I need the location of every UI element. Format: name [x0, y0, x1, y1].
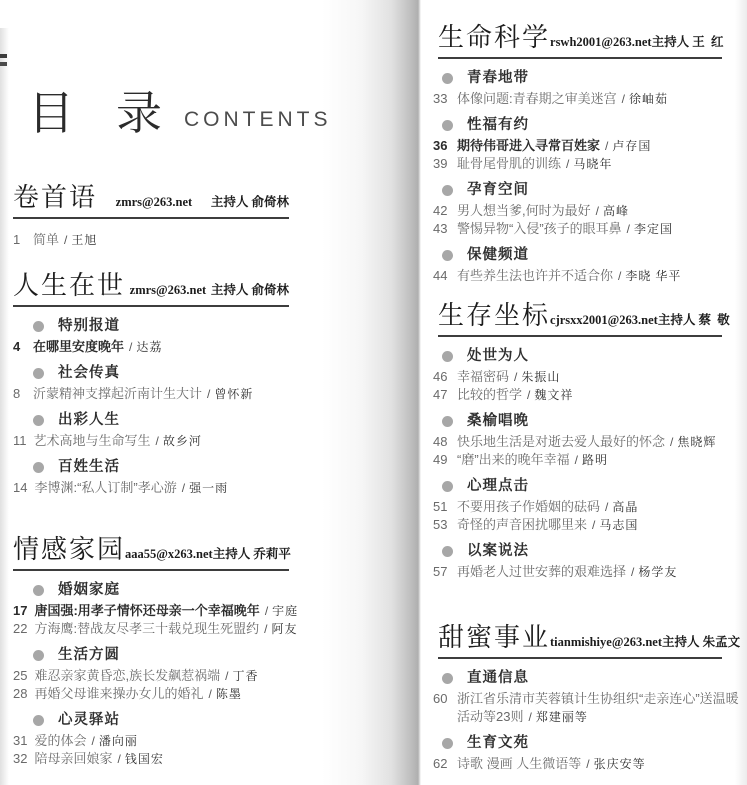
page-edge-mark	[0, 54, 7, 58]
toc-entry: 33体像问题:青春期之审美迷宫/徐岫茹	[433, 90, 731, 108]
category-group: 处世为人46幸福密码/朱振山47比较的哲学/魏文祥	[433, 349, 731, 404]
category-label: 处世为人	[467, 349, 529, 364]
category-bullet-icon	[442, 73, 453, 84]
entry-title: 体像问题:青春期之审美迷宫	[457, 91, 617, 106]
category-group: 以案说法57再婚老人过世安葬的艰难选择/杨学友	[433, 544, 731, 581]
entry-separator: /	[670, 435, 673, 449]
category-label: 生育文苑	[467, 736, 529, 751]
entry-page-number: 22	[13, 620, 27, 638]
toc-entry: 25难忍亲家黄昏恋,族长发飙惹祸端/丁香	[13, 667, 309, 685]
section-卷首语: 卷首语zmrs@263.net主持人 俞倚林1简单/王旭	[13, 184, 309, 249]
category-group: 1简单/王旭	[13, 231, 309, 249]
category-label: 性福有约	[467, 118, 529, 133]
category-row: 百姓生活	[13, 460, 309, 475]
entry-separator: /	[627, 222, 630, 236]
entry-page-number: 25	[13, 667, 27, 685]
section-header: 卷首语zmrs@263.net主持人 俞倚林	[13, 184, 289, 219]
category-row: 直通信息	[433, 671, 731, 686]
section-title: 卷首语	[13, 184, 97, 211]
page-right-edge-shadow	[735, 0, 747, 785]
category-label: 桑榆唱晚	[467, 414, 529, 429]
entry-authors: 钱国宏	[125, 752, 164, 766]
category-label: 保健频道	[467, 248, 529, 263]
entry-separator: /	[631, 565, 634, 579]
entry-authors: 达荔	[136, 340, 162, 354]
section-host: 主持人 朱孟文	[662, 632, 740, 650]
toc-entry: 14李博渊:“私人订制”孝心游/强一雨	[13, 479, 309, 497]
host-label: 主持人	[211, 283, 252, 297]
toc-entry: 8沂蒙精神支撑起沂南计生大计/曾怀新	[13, 385, 309, 403]
toc-entry: 48快乐地生活是对逝去爱人最好的怀念/焦晓辉	[433, 433, 731, 451]
category-label: 直通信息	[467, 671, 529, 686]
entry-authors: 丁香	[232, 669, 258, 683]
entry-page-number: 1	[13, 231, 26, 249]
section-生存坐标: 生存坐标cjrsxx2001@263.net主持人 蔡 敬处世为人46幸福密码/…	[433, 302, 731, 581]
entry-separator: /	[64, 233, 67, 247]
entry-authors: 焦晓辉	[677, 435, 716, 449]
host-name: 蔡 敬	[698, 313, 729, 327]
section-host: 主持人 俞倚林	[211, 280, 289, 298]
category-row: 社会传真	[13, 366, 309, 381]
entry-separator: /	[592, 518, 595, 532]
category-label: 社会传真	[58, 366, 120, 381]
section-title: 情感家园	[13, 536, 125, 563]
category-label: 婚姻家庭	[58, 583, 120, 598]
entry-authors: 魏文祥	[534, 388, 573, 402]
entry-authors: 李晓 华平	[625, 269, 681, 283]
category-label: 生活方圆	[58, 648, 120, 663]
section-email: tianmishiye@263.net	[550, 635, 662, 650]
entry-authors: 高峰	[603, 204, 629, 218]
section-host: 主持人 俞倚林	[211, 192, 289, 210]
magazine-contents-page: 目 录 CONTENTS 卷首语zmrs@263.net主持人 俞倚林1简单/王…	[0, 0, 747, 785]
entry-page-number: 14	[13, 479, 27, 497]
category-row: 桑榆唱晚	[433, 414, 731, 429]
entry-authors: 强一雨	[189, 481, 228, 495]
entry-page-number: 51	[433, 498, 451, 516]
section-header: 生命科学rswh2001@263.net主持人 王 红	[438, 24, 722, 59]
entry-authors: 张庆安等	[594, 757, 646, 771]
category-bullet-icon	[33, 650, 44, 661]
category-bullet-icon	[33, 321, 44, 332]
toc-entry: 1简单/王旭	[13, 231, 309, 249]
section-host: 主持人 蔡 敬	[658, 310, 730, 328]
entry-page-number: 4	[13, 338, 26, 356]
section-甜蜜事业: 甜蜜事业tianmishiye@263.net主持人 朱孟文直通信息60浙江省乐…	[433, 624, 731, 773]
category-group: 特别报道4在哪里安度晚年/达荔	[13, 319, 309, 356]
section-情感家园: 情感家园aaa55@x263.net主持人 乔莉平婚姻家庭17唐国强:用孝子情怀…	[13, 536, 309, 768]
toc-entry: 47比较的哲学/魏文祥	[433, 386, 731, 404]
category-group: 生活方圆25难忍亲家黄昏恋,族长发飙惹祸端/丁香28再婚父母谁来操办女儿的婚礼/…	[13, 648, 309, 703]
category-bullet-icon	[33, 462, 44, 473]
entry-separator: /	[528, 710, 531, 724]
host-name: 王 红	[692, 35, 723, 49]
category-label: 特别报道	[58, 319, 120, 334]
entry-separator: /	[265, 604, 268, 618]
section-header: 甜蜜事业tianmishiye@263.net主持人 朱孟文	[438, 624, 722, 659]
toc-entry: 46幸福密码/朱振山	[433, 368, 731, 386]
section-host: 主持人 王 红	[652, 32, 724, 50]
category-group: 心理点击51不要用孩子作婚姻的砝码/高晶53奇怪的声音困扰哪里来/马志国	[433, 479, 731, 534]
section-title: 甜蜜事业	[438, 624, 550, 651]
toc-entry: 57再婚老人过世安葬的艰难选择/杨学友	[433, 563, 731, 581]
toc-entry: 11艺术高地与生命写生/故乡河	[13, 432, 309, 450]
entry-authors: 朱振山	[521, 370, 560, 384]
entry-title: 再婚父母谁来操办女儿的婚礼	[34, 686, 203, 701]
entry-page-number: 11	[13, 432, 27, 450]
host-name: 朱孟文	[703, 635, 741, 649]
entry-page-number: 31	[13, 732, 27, 750]
entry-separator: /	[527, 388, 530, 402]
category-group: 孕育空间42男人想当爹,何时为最好/高峰43警惕异物“入侵”孩子的眼耳鼻/李定国	[433, 183, 731, 238]
entry-authors: 路明	[582, 453, 608, 467]
entry-title: 爱的体会	[34, 733, 86, 748]
entry-page-number: 62	[433, 755, 451, 773]
toc-entry: 43警惕异物“入侵”孩子的眼耳鼻/李定国	[433, 220, 731, 238]
entry-separator: /	[566, 157, 569, 171]
entry-authors: 宇庭	[272, 604, 298, 618]
entry-separator: /	[605, 500, 608, 514]
entry-title: 诗歌 漫画 人生微语等	[457, 756, 581, 771]
entry-separator: /	[91, 734, 94, 748]
category-row: 生活方圆	[13, 648, 309, 663]
entry-page-number: 44	[433, 267, 451, 285]
host-label: 主持人	[213, 547, 254, 561]
category-bullet-icon	[442, 250, 453, 261]
entry-title: 快乐地生活是对逝去爱人最好的怀念	[457, 434, 665, 449]
entry-title: 有些养生法也许并不适合你	[457, 268, 613, 283]
category-bullet-icon	[442, 351, 453, 362]
entry-page-number: 32	[13, 750, 27, 768]
toc-entry: 49“磨”出来的晚年幸福/路明	[433, 451, 731, 469]
host-label: 主持人	[652, 35, 693, 49]
category-label: 心灵驿站	[58, 713, 120, 728]
category-row: 特别报道	[13, 319, 309, 334]
category-bullet-icon	[442, 416, 453, 427]
entry-title: 男人想当爹,何时为最好	[457, 203, 591, 218]
category-group: 保健频道44有些养生法也许并不适合你/李晓 华平	[433, 248, 731, 285]
entry-title: 李博渊:“私人订制”孝心游	[34, 480, 176, 495]
category-row: 心理点击	[433, 479, 731, 494]
entry-page-number: 43	[433, 220, 451, 238]
entry-page-number: 48	[433, 433, 451, 451]
host-name: 俞倚林	[251, 283, 289, 297]
category-label: 以案说法	[467, 544, 529, 559]
host-name: 乔莉平	[253, 547, 291, 561]
entry-title: 警惕异物“入侵”孩子的眼耳鼻	[457, 221, 622, 236]
toc-entry: 31爱的体会/潘向丽	[13, 732, 309, 750]
host-label: 主持人	[662, 635, 703, 649]
section-title: 生命科学	[438, 24, 550, 51]
entry-page-number: 46	[433, 368, 451, 386]
section-email: zmrs@263.net	[116, 195, 193, 210]
left-column: 卷首语zmrs@263.net主持人 俞倚林1简单/王旭人生在世zmrs@263…	[13, 0, 309, 785]
entry-separator: /	[596, 204, 599, 218]
right-column: 生命科学rswh2001@263.net主持人 王 红青春地带33体像问题:青春…	[433, 0, 731, 785]
toc-entry: 22方海鹰:替战友尽孝三十载兑现生死盟约/阿友	[13, 620, 309, 638]
host-name: 俞倚林	[251, 195, 289, 209]
category-group: 出彩人生11艺术高地与生命写生/故乡河	[13, 413, 309, 450]
toc-entry: 42男人想当爹,何时为最好/高峰	[433, 202, 731, 220]
section-生命科学: 生命科学rswh2001@263.net主持人 王 红青春地带33体像问题:青春…	[433, 24, 731, 285]
entry-title: 幸福密码	[457, 369, 509, 384]
entry-title: “磨”出来的晚年幸福	[457, 452, 570, 467]
category-bullet-icon	[33, 715, 44, 726]
toc-entry: 51不要用孩子作婚姻的砝码/高晶	[433, 498, 731, 516]
section-email: zmrs@263.net	[130, 283, 207, 298]
section-人生在世: 人生在世zmrs@263.net主持人 俞倚林特别报道4在哪里安度晚年/达荔社会…	[13, 272, 309, 497]
category-group: 社会传真8沂蒙精神支撑起沂南计生大计/曾怀新	[13, 366, 309, 403]
entry-separator: /	[264, 622, 267, 636]
entry-title: 陪母亲回娘家	[34, 751, 112, 766]
entry-page-number: 42	[433, 202, 451, 220]
entry-title: 再婚老人过世安葬的艰难选择	[457, 564, 626, 579]
category-row: 青春地带	[433, 71, 731, 86]
entry-authors: 徐岫茹	[629, 92, 668, 106]
category-row: 孕育空间	[433, 183, 731, 198]
category-label: 百姓生活	[58, 460, 120, 475]
entry-title: 简单	[33, 232, 59, 247]
category-bullet-icon	[33, 585, 44, 596]
category-label: 孕育空间	[467, 183, 529, 198]
entry-authors: 卢存国	[612, 139, 651, 153]
entry-separator: /	[182, 481, 185, 495]
entry-authors: 李定国	[634, 222, 673, 236]
category-group: 生育文苑62诗歌 漫画 人生微语等/张庆安等	[433, 736, 731, 773]
entry-page-number: 53	[433, 516, 451, 534]
entry-authors: 郑建丽等	[536, 710, 588, 724]
category-row: 处世为人	[433, 349, 731, 364]
toc-entry: 4在哪里安度晚年/达荔	[13, 338, 309, 356]
section-email: rswh2001@263.net	[550, 35, 652, 50]
category-row: 保健频道	[433, 248, 731, 263]
category-group: 心灵驿站31爱的体会/潘向丽32陪母亲回娘家/钱国宏	[13, 713, 309, 768]
entry-page-number: 49	[433, 451, 451, 469]
section-title: 生存坐标	[438, 302, 550, 329]
entry-authors: 故乡河	[163, 434, 202, 448]
entry-authors: 马志国	[599, 518, 638, 532]
entry-separator: /	[605, 139, 608, 153]
entry-page-number: 47	[433, 386, 451, 404]
entry-authors: 陈墨	[216, 687, 242, 701]
category-group: 桑榆唱晚48快乐地生活是对逝去爱人最好的怀念/焦晓辉49“磨”出来的晚年幸福/路…	[433, 414, 731, 469]
category-row: 生育文苑	[433, 736, 731, 751]
toc-entry: 36期待伟哥进入寻常百姓家/卢存国	[433, 137, 731, 155]
toc-entry: 39耻骨尾骨肌的训练/马晓年	[433, 155, 731, 173]
category-bullet-icon	[442, 481, 453, 492]
entry-separator: /	[622, 92, 625, 106]
entry-page-number: 33	[433, 90, 451, 108]
section-header: 人生在世zmrs@263.net主持人 俞倚林	[13, 272, 289, 307]
category-bullet-icon	[33, 415, 44, 426]
entry-title: 奇怪的声音困扰哪里来	[457, 517, 587, 532]
toc-entry: 32陪母亲回娘家/钱国宏	[13, 750, 309, 768]
category-bullet-icon	[442, 185, 453, 196]
toc-entry: 60浙江省乐清市芙蓉镇计生协组织“走亲连心”送温暖活动等23则/郑建丽等	[433, 690, 747, 726]
entry-authors: 王旭	[71, 233, 97, 247]
category-row: 心灵驿站	[13, 713, 309, 728]
category-label: 心理点击	[467, 479, 529, 494]
entry-page-number: 57	[433, 563, 451, 581]
category-row: 以案说法	[433, 544, 731, 559]
entry-page-number: 17	[13, 602, 27, 620]
category-row: 婚姻家庭	[13, 583, 309, 598]
page-gutter-shadow	[322, 0, 421, 785]
category-label: 青春地带	[467, 71, 529, 86]
entry-authors: 曾怀新	[214, 387, 253, 401]
entry-authors: 潘向丽	[99, 734, 138, 748]
entry-title: 浙江省乐清市芙蓉镇计生协组织“走亲连心”送温暖活动等23则	[457, 691, 739, 724]
category-group: 性福有约36期待伟哥进入寻常百姓家/卢存国39耻骨尾骨肌的训练/马晓年	[433, 118, 731, 173]
entry-separator: /	[586, 757, 589, 771]
toc-entry: 44有些养生法也许并不适合你/李晓 华平	[433, 267, 731, 285]
entry-separator: /	[575, 453, 578, 467]
category-group: 青春地带33体像问题:青春期之审美迷宫/徐岫茹	[433, 71, 731, 108]
entry-authors: 马晓年	[573, 157, 612, 171]
section-host: 主持人 乔莉平	[213, 544, 291, 562]
entry-separator: /	[208, 687, 211, 701]
section-email: aaa55@x263.net	[125, 547, 213, 562]
host-label: 主持人	[211, 195, 252, 209]
entry-title: 期待伟哥进入寻常百姓家	[457, 138, 600, 153]
entry-page-number: 39	[433, 155, 451, 173]
entry-title: 难忍亲家黄昏恋,族长发飙惹祸端	[34, 668, 220, 683]
entry-title: 沂蒙精神支撑起沂南计生大计	[33, 386, 202, 401]
category-row: 出彩人生	[13, 413, 309, 428]
page-left-edge-shadow	[0, 28, 9, 785]
host-label: 主持人	[658, 313, 699, 327]
category-group: 直通信息60浙江省乐清市芙蓉镇计生协组织“走亲连心”送温暖活动等23则/郑建丽等	[433, 671, 731, 726]
entry-page-number: 28	[13, 685, 27, 703]
entry-authors: 杨学友	[638, 565, 677, 579]
category-bullet-icon	[442, 120, 453, 131]
section-email: cjrsxx2001@263.net	[550, 313, 658, 328]
toc-entry: 28再婚父母谁来操办女儿的婚礼/陈墨	[13, 685, 309, 703]
entry-page-number: 8	[13, 385, 26, 403]
category-bullet-icon	[442, 673, 453, 684]
entry-page-number: 36	[433, 137, 451, 155]
entry-title: 不要用孩子作婚姻的砝码	[457, 499, 600, 514]
section-title: 人生在世	[13, 272, 125, 299]
category-row: 性福有约	[433, 118, 731, 133]
entry-separator: /	[225, 669, 228, 683]
toc-entry: 62诗歌 漫画 人生微语等/张庆安等	[433, 755, 731, 773]
category-bullet-icon	[442, 546, 453, 557]
entry-page-number: 60	[433, 690, 451, 708]
entry-title: 比较的哲学	[457, 387, 522, 402]
category-bullet-icon	[33, 368, 44, 379]
entry-separator: /	[129, 340, 132, 354]
entry-title: 方海鹰:替战友尽孝三十载兑现生死盟约	[34, 621, 259, 636]
category-label: 出彩人生	[58, 413, 120, 428]
entry-separator: /	[156, 434, 159, 448]
entry-title: 艺术高地与生命写生	[34, 433, 151, 448]
category-group: 百姓生活14李博渊:“私人订制”孝心游/强一雨	[13, 460, 309, 497]
entry-title: 耻骨尾骨肌的训练	[457, 156, 561, 171]
category-group: 婚姻家庭17唐国强:用孝子情怀还母亲一个幸福晚年/宇庭22方海鹰:替战友尽孝三十…	[13, 583, 309, 638]
entry-separator: /	[618, 269, 621, 283]
entry-separator: /	[514, 370, 517, 384]
entry-separator: /	[117, 752, 120, 766]
entry-authors: 阿友	[271, 622, 297, 636]
entry-authors: 高晶	[612, 500, 638, 514]
entry-separator: /	[207, 387, 210, 401]
entry-title: 唐国强:用孝子情怀还母亲一个幸福晚年	[34, 603, 259, 618]
section-header: 生存坐标cjrsxx2001@263.net主持人 蔡 敬	[438, 302, 722, 337]
toc-entry: 17唐国强:用孝子情怀还母亲一个幸福晚年/宇庭	[13, 602, 309, 620]
section-header: 情感家园aaa55@x263.net主持人 乔莉平	[13, 536, 289, 571]
entry-title: 在哪里安度晚年	[33, 339, 124, 354]
toc-entry: 53奇怪的声音困扰哪里来/马志国	[433, 516, 731, 534]
category-bullet-icon	[442, 738, 453, 749]
